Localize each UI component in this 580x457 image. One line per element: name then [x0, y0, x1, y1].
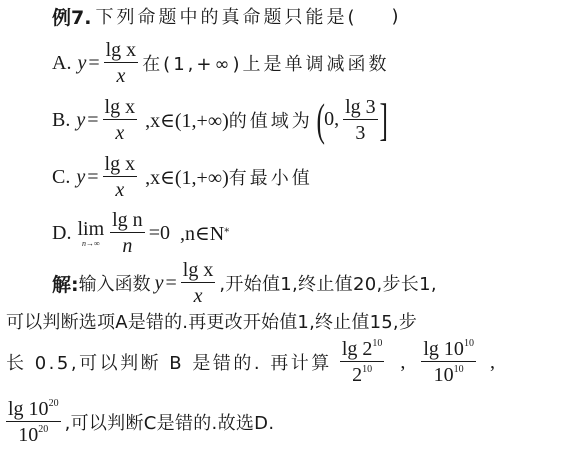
problem-blank-close: ) [391, 6, 401, 27]
option-a-eq: = [88, 52, 99, 75]
denominator-exponent: 10 [362, 364, 372, 375]
fraction-denominator: 1010 [434, 362, 464, 385]
option-c-letter: C. [52, 166, 70, 189]
option-c-fraction: lg x x [103, 154, 138, 200]
solution-eq: = [166, 272, 177, 295]
solution-fraction: lg x x [181, 260, 216, 306]
option-d-fraction: lg n n [110, 210, 145, 256]
fraction-numerator: lg 1010 [421, 339, 476, 361]
numerator-base: lg 10 [423, 338, 464, 360]
option-d-condition: ,n∈N [180, 221, 224, 246]
denominator-exponent: 10 [454, 364, 464, 375]
solution-line-3: 长 0.5,可以判断 B 是错的. 再计算 lg 210 210 , lg 10… [6, 336, 495, 388]
solution-line-1: 解: 输入函数 y = lg x x ,开始值1,终止值20,步长1, [52, 258, 437, 308]
option-c-lhs: y [76, 166, 85, 189]
fraction-denominator: x [116, 63, 125, 86]
option-d-limit: lim n→∞ [77, 219, 104, 248]
solution-line4-post: ,可以判断C是错的.故选D. [65, 409, 275, 435]
solution-line3-pre: 长 0.5,可以判断 B 是错的. 再计算 [6, 349, 332, 375]
option-d: D. lim n→∞ lg n n =0 ,n∈N * [52, 208, 229, 258]
solution-lhs: y [155, 272, 164, 295]
fraction-denominator: 210 [352, 362, 372, 385]
fraction-numerator: lg x [103, 154, 138, 176]
option-d-letter: D. [52, 222, 71, 245]
option-b-eq: = [87, 109, 98, 132]
fraction-denominator: 3 [355, 120, 365, 143]
numerator-base: lg 2 [342, 338, 373, 360]
range-close-bracket: ] [379, 97, 387, 143]
option-c-text: 有最小值 [229, 164, 313, 190]
fraction-numerator: lg 210 [340, 339, 385, 361]
calc-fraction-1: lg 210 210 [340, 339, 385, 385]
option-b-text: 的值域为 [229, 107, 313, 133]
fraction-numerator: lg 1020 [6, 399, 61, 421]
fraction-numerator: lg x [104, 40, 139, 62]
option-a-lhs: y [77, 52, 86, 75]
limit-subscript: n→∞ [82, 240, 100, 248]
option-c-domain: ,x∈(1,+∞) [145, 165, 229, 190]
denominator-exponent: 20 [38, 424, 48, 435]
limit-operator: lim [77, 219, 104, 239]
solution-line2: 可以判断选项A是错的.再更改开始值1,终止值15,步 [6, 308, 417, 334]
denominator-base: 10 [18, 424, 38, 446]
problem-label: 例7. [52, 3, 91, 30]
solution-line-4: lg 1020 1020 ,可以判断C是错的.故选D. [2, 396, 274, 448]
option-a-fraction: lg x x [104, 40, 139, 86]
option-c: C. y = lg x x ,x∈(1,+∞) 有最小值 [52, 152, 313, 202]
separator-comma: , [400, 351, 405, 374]
numerator-exponent: 10 [464, 338, 474, 349]
option-b: B. y = lg x x ,x∈(1,+∞) 的值域为 ( 0, lg 3 3… [52, 95, 391, 145]
option-b-range: ( 0, lg 3 3 ] [313, 97, 391, 143]
solution-line-2: 可以判断选项A是错的.再更改开始值1,终止值15,步 [6, 308, 417, 334]
denominator-base: 2 [352, 364, 362, 386]
fraction-numerator: lg n [110, 210, 145, 232]
fraction-denominator: x [194, 283, 203, 306]
range-left: 0, [324, 108, 339, 131]
solution-line1-post: ,开始值1,终止值20,步长1, [219, 270, 437, 296]
numerator-base: lg 10 [8, 398, 49, 420]
fraction-denominator: x [115, 177, 124, 200]
solution-label: 解: [52, 270, 79, 297]
separator-comma: , [490, 351, 495, 374]
option-b-lhs: y [76, 109, 85, 132]
range-open-paren: ( [316, 97, 324, 143]
fraction-numerator: lg 3 [343, 97, 378, 119]
fraction-denominator: n [122, 233, 132, 256]
calc-fraction-3: lg 1020 1020 [6, 399, 61, 445]
numerator-exponent: 10 [372, 338, 382, 349]
fraction-numerator: lg x [103, 97, 138, 119]
option-a: A. y = lg x x 在(1,+∞)上是单调减函数 [52, 38, 389, 88]
option-a-letter: A. [52, 52, 71, 75]
fraction-denominator: x [115, 120, 124, 143]
calc-fraction-2: lg 1010 1010 [421, 339, 476, 385]
range-fraction: lg 3 3 [343, 97, 378, 143]
option-b-domain: ,x∈(1,+∞) [145, 108, 229, 133]
numerator-exponent: 20 [49, 398, 59, 409]
solution-line1-pre: 输入函数 [79, 270, 151, 296]
problem-text: 下列命题中的真命题只能是( [95, 3, 357, 29]
denominator-base: 10 [434, 364, 454, 386]
option-c-eq: = [87, 166, 98, 189]
fraction-numerator: lg x [181, 260, 216, 282]
problem-stem: 例7. 下列命题中的真命题只能是( ) [52, 4, 402, 28]
option-d-rhs: =0 [149, 222, 170, 245]
option-a-text: 在(1,+∞)上是单调减函数 [142, 50, 389, 76]
fraction-denominator: 1020 [18, 422, 48, 445]
option-b-letter: B. [52, 109, 70, 132]
option-b-fraction: lg x x [103, 97, 138, 143]
